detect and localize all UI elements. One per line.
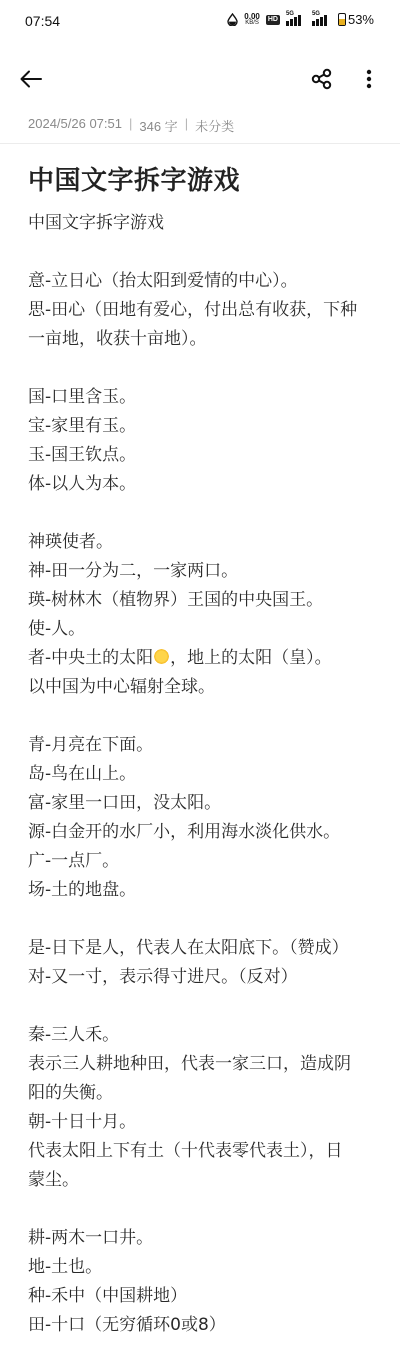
note-line: 代表太阳上下有土（十代表零代表土），日 — [28, 1137, 378, 1166]
note-line: 表示三人耕地种田，代表一家三口，造成阴 — [28, 1050, 378, 1079]
hd-voice-badge: HD — [266, 15, 280, 25]
note-line: 玉-国王钦点。 — [28, 441, 378, 470]
net-speed-unit: KB/S — [245, 20, 259, 27]
note-line: 思-田心（田地有爱心，付出总有收获，下种 — [28, 296, 378, 325]
note-line: 是-日下是人，代表人在太阳底下。（赞成） — [28, 934, 378, 963]
note-blank-line — [28, 1195, 378, 1224]
data-saver-drop-icon — [227, 13, 238, 26]
meta-separator: | — [185, 116, 188, 135]
note-line: 地-土也。 — [28, 1253, 378, 1282]
note-line: 中国文字拆字游戏 — [28, 209, 378, 238]
battery-percent: 53% — [348, 12, 374, 27]
meta-separator: | — [129, 116, 132, 135]
share-button[interactable] — [306, 63, 338, 95]
note-datetime: 2024/5/26 07:51 — [28, 116, 122, 135]
note-blank-line — [28, 992, 378, 1021]
back-button[interactable] — [15, 63, 47, 95]
status-icons: 0.00 KB/S HD 5G 5G 53% — [227, 12, 374, 27]
note-word-count: 346 字 — [139, 116, 177, 135]
sim1-signal-icon: 5G — [286, 14, 306, 26]
note-line: 以中国为中心辐射全球。 — [28, 673, 378, 702]
note-line: 瑛-树林木（植物界）王国的中央国王。 — [28, 586, 378, 615]
arrow-left-icon — [20, 70, 42, 88]
sun-with-face-emoji-icon — [153, 648, 170, 665]
note-line: 广-一点厂。 — [28, 847, 378, 876]
note-line: 体-以人为本。 — [28, 470, 378, 499]
note-line-text: 者-中央土的太阳 — [28, 648, 153, 668]
note-line: 青-月亮在下面。 — [28, 731, 378, 760]
note-line: 岛-鸟在山上。 — [28, 760, 378, 789]
note-blank-line — [28, 499, 378, 528]
net-speed-value: 0.00 — [244, 13, 260, 20]
network-speed: 0.00 KB/S — [244, 13, 260, 27]
header-divider — [0, 143, 400, 144]
status-bar: 07:54 0.00 KB/S HD 5G 5G 53% — [0, 0, 400, 46]
note-title[interactable]: 中国文字拆字游戏 — [28, 160, 240, 197]
more-vertical-icon — [366, 69, 372, 89]
note-body[interactable]: 中国文字拆字游戏 意-立日心（抬太阳到爱情的中心）。 思-田心（田地有爱心，付出… — [28, 209, 378, 1340]
note-line-text: ，地上的太阳（皇）。 — [170, 648, 332, 668]
note-blank-line — [28, 238, 378, 267]
note-line: 种-禾中（中国耕地） — [28, 1282, 378, 1311]
battery-indicator: 53% — [338, 12, 374, 27]
note-line: 使-人。 — [28, 615, 378, 644]
note-line: 富-家里一口田，没太阳。 — [28, 789, 378, 818]
note-line: 宝-家里有玉。 — [28, 412, 378, 441]
note-line: 源-白金开的水厂小，利用海水淡化供水。 — [28, 818, 378, 847]
note-blank-line — [28, 354, 378, 383]
note-line: 耕-两木一口井。 — [28, 1224, 378, 1253]
note-line: 意-立日心（抬太阳到爱情的中心）。 — [28, 267, 378, 296]
note-line: 神-田一分为二，一家两口。 — [28, 557, 378, 586]
note-line: 场-土的地盘。 — [28, 876, 378, 905]
note-toolbar — [0, 60, 400, 98]
note-line: 秦-三人禾。 — [28, 1021, 378, 1050]
note-meta: 2024/5/26 07:51 | 346 字 | 未分类 — [28, 116, 234, 135]
note-line: 者-中央土的太阳，地上的太阳（皇）。 — [28, 644, 378, 673]
note-line: 蒙尘。 — [28, 1166, 378, 1195]
note-blank-line — [28, 702, 378, 731]
note-line: 田-十口（无穷循环0或8） — [28, 1311, 378, 1340]
note-line: 一亩地，收获十亩地）。 — [28, 325, 378, 354]
sim2-signal-icon: 5G — [312, 14, 332, 26]
note-category[interactable]: 未分类 — [195, 116, 234, 135]
more-options-button[interactable] — [353, 63, 385, 95]
note-line: 对-又一寸，表示得寸进尺。（反对） — [28, 963, 378, 992]
note-line: 朝-十日十月。 — [28, 1108, 378, 1137]
note-line: 国-口里含玉。 — [28, 383, 378, 412]
note-line: 神瑛使者。 — [28, 528, 378, 557]
status-time: 07:54 — [25, 13, 60, 29]
note-line: 阳的失衡。 — [28, 1079, 378, 1108]
note-blank-line — [28, 905, 378, 934]
share-icon — [311, 68, 333, 90]
battery-charging-icon — [338, 13, 346, 26]
